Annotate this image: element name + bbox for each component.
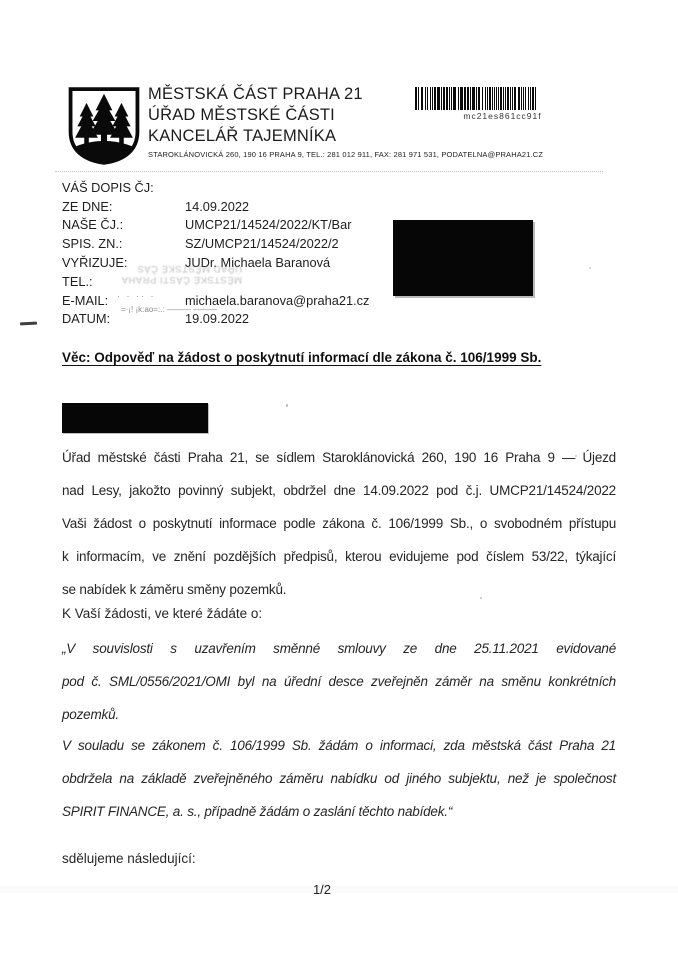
text-line: pod č. SML/0556/2021/OMI byl na úřední d…: [62, 665, 616, 698]
scan-marks-artifact: =·¡! ¡k:ao=:.: ——— ———: [121, 305, 217, 314]
meta-value: SZ/UMCP21/14524/2022/2: [185, 236, 339, 251]
barcode-label: mc21es861cc91f: [415, 111, 590, 121]
page-number: 1/2: [62, 882, 582, 897]
barcode-gap: [536, 87, 538, 110]
text-line: se nabídek k záměru směny pozemků.: [62, 573, 616, 606]
meta-row: SPIS. ZN.:SZ/UMCP21/14524/2022/2: [62, 234, 402, 253]
subject-line: Věc: Odpověď na žádost o poskytnutí info…: [62, 350, 616, 365]
stamp-bleed-through-artifact: MĚSTSKÉ ČÁSTI PRAHAÚŘAD MĚSTSKÉ ČÁS: [92, 263, 242, 285]
text-line: Úřad městské části Praha 21, se sídlem S…: [62, 441, 616, 474]
scan-speck: [286, 404, 288, 407]
praha21-coat-of-arms-logo: [66, 86, 142, 166]
meta-label: VÁŠ DOPIS ČJ:: [62, 180, 185, 195]
meta-value: UMCP21/14524/2022/KT/Bar: [185, 217, 351, 232]
text-line: ÚŘAD MĚSTSKÉ ČÁS: [92, 263, 242, 274]
scanned-letter-page: MĚSTSKÁ ČÁST PRAHA 21ÚŘAD MĚSTSKÉ ČÁSTIK…: [0, 0, 678, 960]
text-line: „V souvislosti s uzavřením směnné smlouv…: [62, 632, 616, 665]
barcode: mc21es861cc91f: [415, 87, 590, 121]
text-line: ÚŘAD MĚSTSKÉ ČÁSTI: [148, 105, 408, 126]
meta-label: SPIS. ZN.:: [62, 236, 185, 251]
text-line: V souladu se zákonem č. 106/1999 Sb. žád…: [62, 729, 616, 762]
barcode-bars: [415, 87, 590, 110]
header-separator-line: [55, 171, 603, 172]
meta-row: VÁŠ DOPIS ČJ:: [62, 178, 402, 197]
text-line: MĚSTSKÁ ČÁST PRAHA 21: [148, 84, 408, 105]
scan-speck: [589, 267, 591, 269]
scan-dots-artifact: · · ·· ·: [117, 291, 156, 301]
meta-label: ZE DNE:: [62, 199, 185, 214]
meta-label: NAŠE ČJ.:: [62, 217, 185, 232]
text-line: MĚSTSKÉ ČÁSTI PRAHA: [92, 274, 242, 285]
meta-row: E-MAIL:michaela.baranova@praha21.cz: [62, 291, 402, 310]
meta-row: ZE DNE:14.09.2022: [62, 197, 402, 216]
meta-value: 14.09.2022: [185, 199, 249, 214]
text-line: KANCELÁŘ TAJEMNÍKA: [148, 126, 408, 147]
redaction-box-address: [393, 220, 533, 296]
quoted-request-paragraph-2: V souladu se zákonem č. 106/1999 Sb. žád…: [62, 729, 616, 828]
fold-mark: [20, 322, 37, 325]
text-line: pozemků.: [62, 698, 616, 731]
text-line: nad Lesy, jakožto povinný subjekt, obdrž…: [62, 474, 616, 507]
text-line: Vaši žádost o poskytnutí informace podle…: [62, 507, 616, 540]
redaction-box-recipient: [62, 403, 208, 433]
letter-meta-table: VÁŠ DOPIS ČJ:ZE DNE:14.09.2022NAŠE ČJ.:U…: [62, 178, 402, 328]
closing-line: sdělujeme následující:: [62, 851, 196, 866]
meta-row: NAŠE ČJ.:UMCP21/14524/2022/KT/Bar: [62, 216, 402, 235]
organization-name: MĚSTSKÁ ČÁST PRAHA 21ÚŘAD MĚSTSKÉ ČÁSTIK…: [148, 84, 408, 147]
text-line: k informacím, ve znění pozdějších předpi…: [62, 540, 616, 573]
intro-line: K Vaší žádosti, ve které žádáte o:: [62, 606, 262, 621]
text-line: SPIRIT FINANCE, a. s., případně žádám o …: [62, 795, 616, 828]
meta-row: DATUM:19.09.2022: [62, 310, 402, 329]
organization-address: STAROKLÁNOVICKÁ 260, 190 16 PRAHA 9, TEL…: [148, 150, 543, 159]
text-line: obdržela na základě zveřejněného záměru …: [62, 762, 616, 795]
body-paragraph-1: Úřad městské části Praha 21, se sídlem S…: [62, 441, 616, 606]
quoted-request-paragraph-1: „V souvislosti s uzavřením směnné smlouv…: [62, 632, 616, 731]
